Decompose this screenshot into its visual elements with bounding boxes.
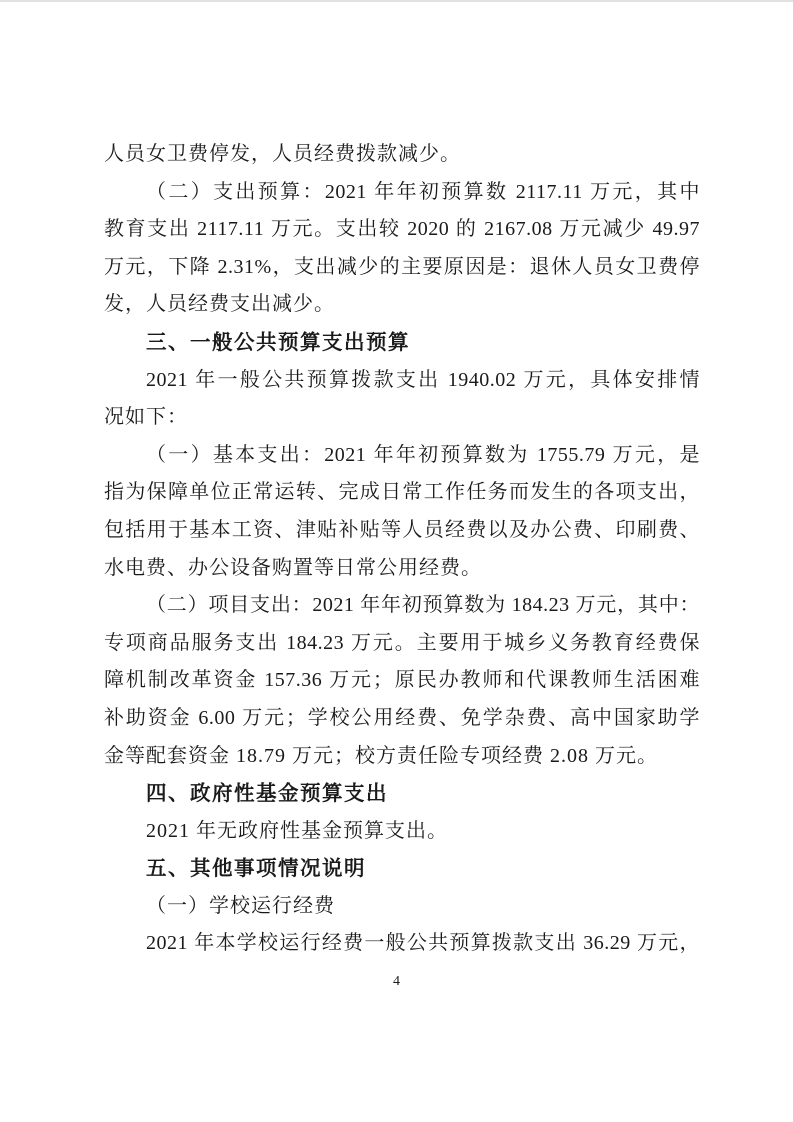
document-line: 况如下： — [104, 399, 700, 437]
document-line: 障机制改革资金 157.36 万元；原民办教师和代课教师生活困难 — [104, 662, 700, 700]
document-line: （一）学校运行经费 — [104, 888, 700, 926]
document-line: 金等配套资金 18.79 万元；校方责任险专项经费 2.08 万元。 — [104, 738, 700, 776]
text-block: 人员女卫费停发，人员经费拨款减少。（二）支出预算：2021 年年初预算数 211… — [104, 136, 700, 963]
page-number: 4 — [393, 974, 400, 989]
document-line: （二）支出预算：2021 年年初预算数 2117.11 万元，其中 — [104, 174, 700, 212]
section-heading: 三、一般公共预算支出预算 — [104, 324, 700, 362]
document-line: 2021 年本学校运行经费一般公共预算拨款支出 36.29 万元， — [104, 925, 700, 963]
page-footer: 4 — [0, 974, 793, 990]
document-line: 包括用于基本工资、津贴补贴等人员经费以及办公费、印刷费、 — [104, 512, 700, 550]
document-line: 指为保障单位正常运转、完成日常工作任务而发生的各项支出， — [104, 474, 700, 512]
document-line: 人员女卫费停发，人员经费拨款减少。 — [104, 136, 700, 174]
document-line: 专项商品服务支出 184.23 万元。主要用于城乡义务教育经费保 — [104, 625, 700, 663]
section-heading: 四、政府性基金预算支出 — [104, 775, 700, 813]
document-line: 发，人员经费支出减少。 — [104, 286, 700, 324]
document-line: 补助资金 6.00 万元；学校公用经费、免学杂费、高中国家助学 — [104, 700, 700, 738]
page-top-edge — [0, 0, 793, 2]
document-line: 2021 年无政府性基金预算支出。 — [104, 813, 700, 851]
document-line: （二）项目支出：2021 年年初预算数为 184.23 万元，其中： — [104, 587, 700, 625]
document-page: { "colors": { "background": "#ffffff", "… — [0, 0, 793, 1122]
document-line: 水电费、办公设备购置等日常公用经费。 — [104, 550, 700, 588]
section-heading: 五、其他事项情况说明 — [104, 850, 700, 888]
document-line: 万元，下降 2.31%，支出减少的主要原因是：退休人员女卫费停 — [104, 249, 700, 287]
document-line: 2021 年一般公共预算拨款支出 1940.02 万元，具体安排情 — [104, 362, 700, 400]
document-line: （一）基本支出：2021 年年初预算数为 1755.79 万元，是 — [104, 437, 700, 475]
document-line: 教育支出 2117.11 万元。支出较 2020 的 2167.08 万元减少 … — [104, 211, 700, 249]
